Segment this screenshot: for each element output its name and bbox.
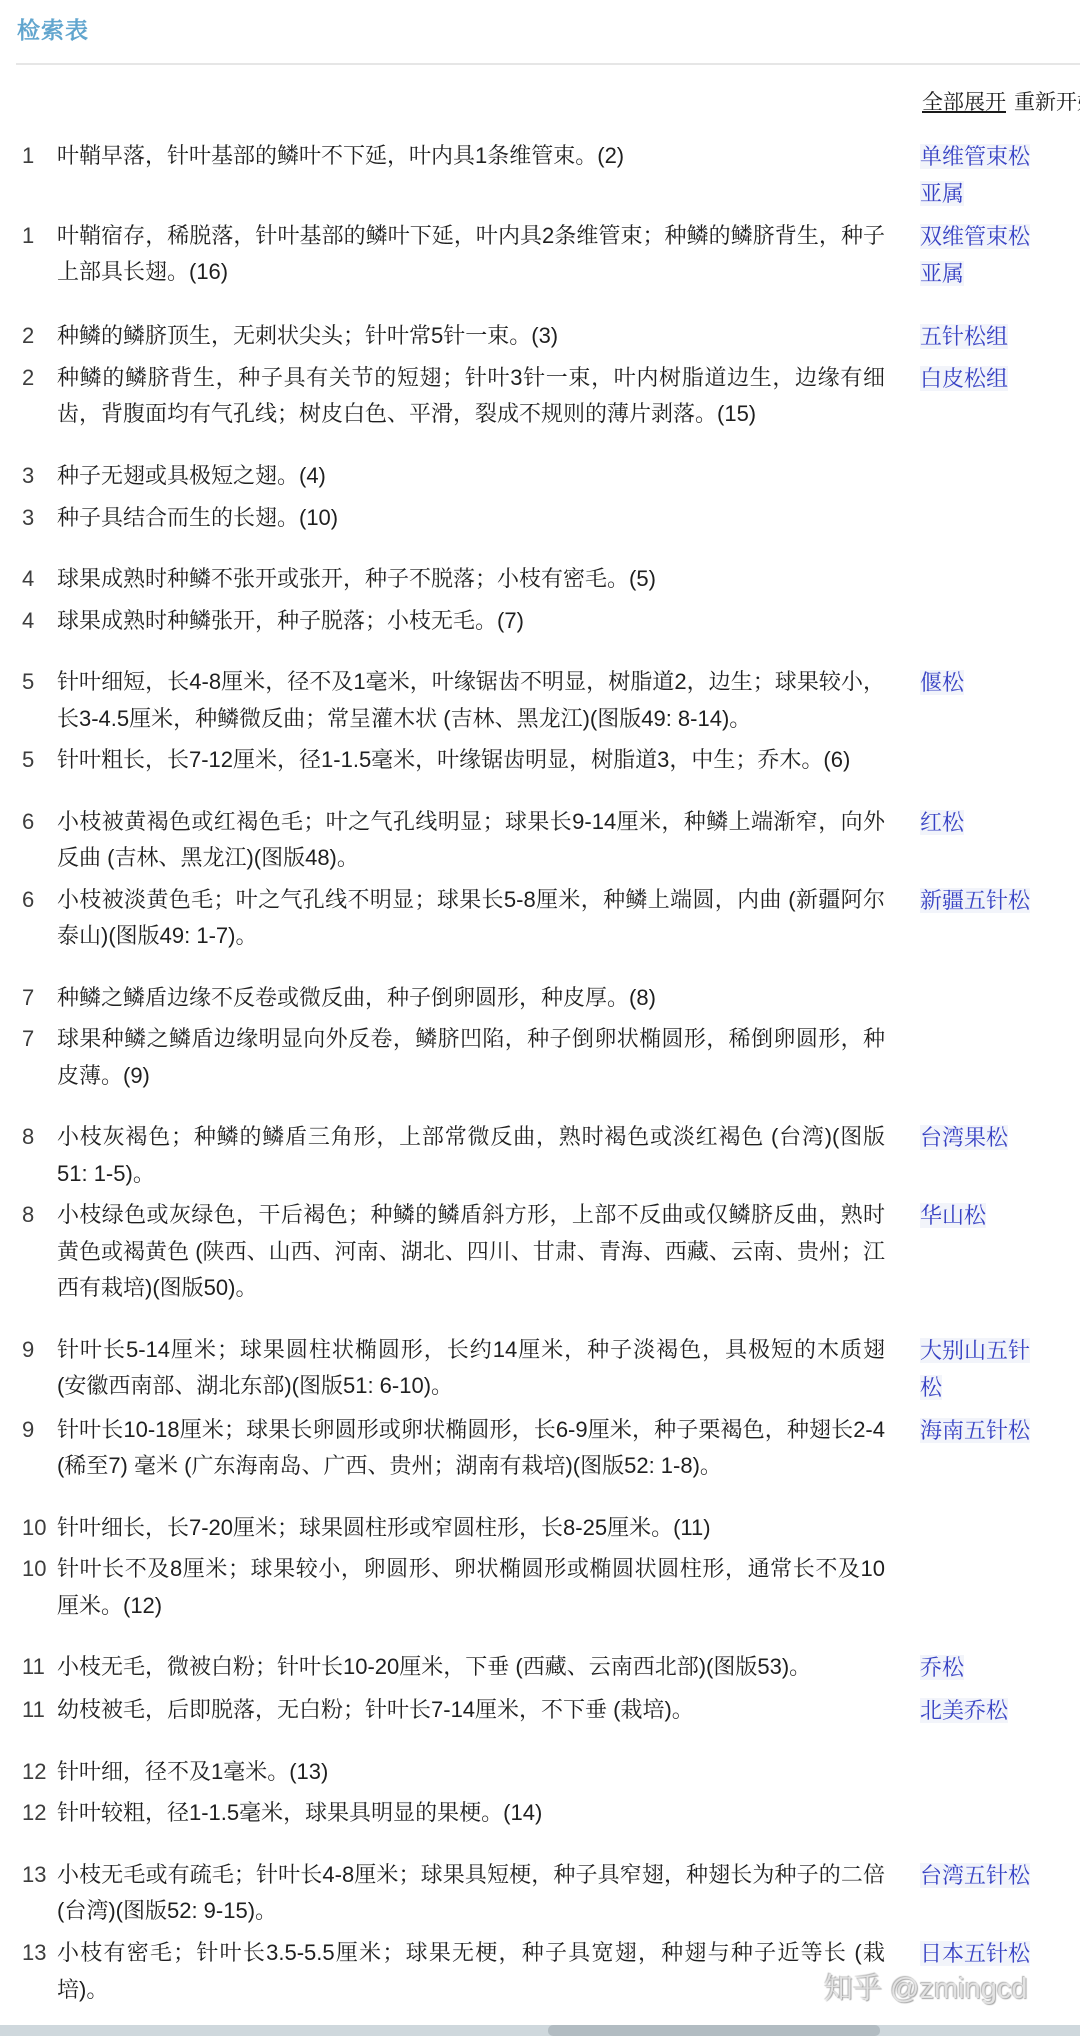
key-row: 10 针叶细长，长7-20厘米；球果圆柱形或窄圆柱形，长8-25厘米。(11) (22, 1510, 1080, 1547)
species-link[interactable]: 华山松 (920, 1203, 986, 1228)
key-row-number: 2 (22, 360, 57, 397)
key-row: 2 种鳞的鳞脐顶生，无刺状尖头；针叶常5针一束。(3) 五针松组 (22, 318, 1080, 355)
key-row: 8 小枝绿色或灰绿色，干后褐色；种鳞的鳞盾斜方形，上部不反曲或仅鳞脐反曲，熟时黄… (22, 1197, 1080, 1307)
key-row-species-cell: 单维管束松亚属 (920, 138, 1044, 213)
key-row-species-cell: 台湾五针松 (920, 1857, 1044, 1894)
horizontal-scrollbar-track[interactable] (0, 2025, 1080, 2036)
key-row-description: 针叶细短，长4-8厘米，径不及1毫米，叶缘锯齿不明显，树脂道2，边生；球果较小，… (57, 664, 885, 737)
key-row-description: 针叶长10-18厘米；球果长卵圆形或卵状椭圆形，长6-9厘米，种子栗褐色，种翅长… (57, 1412, 885, 1485)
species-link[interactable]: 白皮松组 (920, 366, 1008, 391)
key-row-species-cell: 海南五针松 (920, 1412, 1044, 1449)
key-row-species-cell: 白皮松组 (920, 360, 1044, 397)
key-row-number: 1 (22, 218, 57, 255)
horizontal-scrollbar-thumb[interactable] (548, 2025, 880, 2036)
key-row-description: 种鳞的鳞脐顶生，无刺状尖头；针叶常5针一束。(3) (57, 318, 885, 355)
key-tool-page: 检索表 全部展开重新开始 1 叶鞘早落，针叶基部的鳞叶不下延，叶内具1条维管束。… (0, 0, 1080, 2036)
key-row: 11 小枝无毛，微被白粉；针叶长10-20厘米，下垂 (西藏、云南西北部)(图版… (22, 1649, 1080, 1686)
key-row-number: 9 (22, 1412, 57, 1449)
key-row-description: 种鳞之鳞盾边缘不反卷或微反曲，种子倒卵圆形，种皮厚。(8) (57, 980, 885, 1017)
species-link[interactable]: 乔松 (920, 1655, 964, 1680)
key-row-description: 种子具结合而生的长翅。(10) (57, 500, 885, 537)
key-row: 5 针叶细短，长4-8厘米，径不及1毫米，叶缘锯齿不明显，树脂道2，边生；球果较… (22, 664, 1080, 737)
key-table: 1 叶鞘早落，针叶基部的鳞叶不下延，叶内具1条维管束。(2) 单维管束松亚属 1… (22, 138, 1080, 2008)
key-row: 4 球果成熟时种鳞张开，种子脱落；小枝无毛。(7) (22, 603, 1080, 640)
header-divider (16, 63, 1080, 65)
key-row-species-cell: 大别山五针松 (920, 1332, 1044, 1407)
key-row-species-cell: 双维管束松亚属 (920, 218, 1044, 293)
key-row: 6 小枝被淡黄色毛；叶之气孔线不明显；球果长5-8厘米，种鳞上端圆，内曲 (新疆… (22, 882, 1080, 955)
key-row: 3 种子具结合而生的长翅。(10) (22, 500, 1080, 537)
key-row-description: 针叶较粗，径1-1.5毫米，球果具明显的果梗。(14) (57, 1795, 885, 1832)
key-row-number: 12 (22, 1795, 57, 1832)
key-row-description: 小枝无毛，微被白粉；针叶长10-20厘米，下垂 (西藏、云南西北部)(图版53)… (57, 1649, 885, 1686)
key-row-number: 13 (22, 1857, 57, 1894)
key-row-species-cell: 乔松 (920, 1649, 1044, 1686)
restart-link[interactable]: 重新开始 (1014, 91, 1080, 114)
key-row-species-cell: 华山松 (920, 1197, 1044, 1234)
key-row-description: 球果成熟时种鳞张开，种子脱落；小枝无毛。(7) (57, 603, 885, 640)
key-row-number: 4 (22, 603, 57, 640)
key-row-number: 5 (22, 664, 57, 701)
key-row-number: 9 (22, 1332, 57, 1369)
key-row-description: 针叶粗长，长7-12厘米，径1-1.5毫米，叶缘锯齿明显，树脂道3，中生；乔木。… (57, 742, 885, 779)
key-row-number: 4 (22, 561, 57, 598)
key-row: 10 针叶长不及8厘米；球果较小，卵圆形、卵状椭圆形或椭圆状圆柱形，通常长不及1… (22, 1551, 1080, 1624)
key-row-number: 12 (22, 1754, 57, 1791)
key-row: 9 针叶长5-14厘米；球果圆柱状椭圆形，长约14厘米，种子淡褐色，具极短的木质… (22, 1332, 1080, 1407)
key-row: 13 小枝有密毛；针叶长3.5-5.5厘米；球果无梗，种子具宽翅，种翅与种子近等… (22, 1935, 1080, 2008)
species-link[interactable]: 大别山五针松 (920, 1338, 1030, 1400)
key-row-description: 种鳞的鳞脐背生，种子具有关节的短翅；针叶3针一束，叶内树脂道边生，边缘有细齿，背… (57, 360, 885, 433)
key-row-number: 8 (22, 1197, 57, 1234)
key-row: 3 种子无翅或具极短之翅。(4) (22, 458, 1080, 495)
key-row-number: 1 (22, 138, 57, 175)
key-row-description: 叶鞘宿存，稀脱落，针叶基部的鳞叶下延，叶内具2条维管束；种鳞的鳞脐背生，种子上部… (57, 218, 885, 291)
key-row-number: 10 (22, 1510, 57, 1547)
key-row: 1 叶鞘宿存，稀脱落，针叶基部的鳞叶下延，叶内具2条维管束；种鳞的鳞脐背生，种子… (22, 218, 1080, 293)
key-row-number: 7 (22, 1021, 57, 1058)
key-row-number: 11 (22, 1692, 57, 1729)
key-row-description: 针叶长5-14厘米；球果圆柱状椭圆形，长约14厘米，种子淡褐色，具极短的木质翅 … (57, 1332, 885, 1405)
key-row: 12 针叶较粗，径1-1.5毫米，球果具明显的果梗。(14) (22, 1795, 1080, 1832)
key-row-species-cell: 新疆五针松 (920, 882, 1044, 919)
key-row: 1 叶鞘早落，针叶基部的鳞叶不下延，叶内具1条维管束。(2) 单维管束松亚属 (22, 138, 1080, 213)
key-row: 5 针叶粗长，长7-12厘米，径1-1.5毫米，叶缘锯齿明显，树脂道3，中生；乔… (22, 742, 1080, 779)
key-row-description: 小枝被淡黄色毛；叶之气孔线不明显；球果长5-8厘米，种鳞上端圆，内曲 (新疆阿尔… (57, 882, 885, 955)
toolbar: 全部展开重新开始 (922, 86, 1080, 116)
key-row-number: 2 (22, 318, 57, 355)
key-row-number: 3 (22, 500, 57, 537)
species-link[interactable]: 海南五针松 (920, 1418, 1030, 1443)
key-row-description: 针叶细长，长7-20厘米；球果圆柱形或窄圆柱形，长8-25厘米。(11) (57, 1510, 885, 1547)
key-row-number: 13 (22, 1935, 57, 1972)
key-row-number: 8 (22, 1119, 57, 1156)
key-row: 11 幼枝被毛，后即脱落，无白粉；针叶长7-14厘米，不下垂 (栽培)。 北美乔… (22, 1692, 1080, 1729)
key-row-description: 小枝无毛或有疏毛；针叶长4-8厘米；球果具短梗，种子具窄翅，种翅长为种子的二倍 … (57, 1857, 885, 1930)
expand-all-link[interactable]: 全部展开 (922, 91, 1006, 114)
key-row-description: 叶鞘早落，针叶基部的鳞叶不下延，叶内具1条维管束。(2) (57, 138, 885, 175)
key-row-species-cell: 五针松组 (920, 318, 1044, 355)
key-row-number: 7 (22, 980, 57, 1017)
key-row-number: 10 (22, 1551, 57, 1588)
key-row: 2 种鳞的鳞脐背生，种子具有关节的短翅；针叶3针一束，叶内树脂道边生，边缘有细齿… (22, 360, 1080, 433)
key-row-number: 6 (22, 882, 57, 919)
key-row-number: 6 (22, 804, 57, 841)
key-row-description: 球果成熟时种鳞不张开或张开，种子不脱落；小枝有密毛。(5) (57, 561, 885, 598)
species-link[interactable]: 新疆五针松 (920, 888, 1030, 913)
key-row-number: 11 (22, 1649, 57, 1686)
key-row-description: 球果种鳞之鳞盾边缘明显向外反卷，鳞脐凹陷，种子倒卵状椭圆形，稀倒卵圆形，种皮薄。… (57, 1021, 885, 1094)
key-row-number: 3 (22, 458, 57, 495)
species-link[interactable]: 红松 (920, 810, 964, 835)
species-link[interactable]: 日本五针松 (920, 1941, 1030, 1966)
key-row: 7 球果种鳞之鳞盾边缘明显向外反卷，鳞脐凹陷，种子倒卵状椭圆形，稀倒卵圆形，种皮… (22, 1021, 1080, 1094)
key-row-description: 针叶长不及8厘米；球果较小，卵圆形、卵状椭圆形或椭圆状圆柱形，通常长不及10厘米… (57, 1551, 885, 1624)
key-row-description: 小枝被黄褐色或红褐色毛；叶之气孔线明显；球果长9-14厘米，种鳞上端渐窄，向外反… (57, 804, 885, 877)
key-row: 8 小枝灰褐色；种鳞的鳞盾三角形，上部常微反曲，熟时褐色或淡红褐色 (台湾)(图… (22, 1119, 1080, 1192)
species-link[interactable]: 单维管束松亚属 (920, 144, 1030, 206)
species-link[interactable]: 五针松组 (920, 324, 1008, 349)
species-link[interactable]: 台湾五针松 (920, 1863, 1030, 1888)
key-row-description: 针叶细，径不及1毫米。(13) (57, 1754, 885, 1791)
species-link[interactable]: 北美乔松 (920, 1698, 1008, 1723)
key-row-description: 幼枝被毛，后即脱落，无白粉；针叶长7-14厘米，不下垂 (栽培)。 (57, 1692, 885, 1729)
key-row: 7 种鳞之鳞盾边缘不反卷或微反曲，种子倒卵圆形，种皮厚。(8) (22, 980, 1080, 1017)
key-row-description: 小枝绿色或灰绿色，干后褐色；种鳞的鳞盾斜方形，上部不反曲或仅鳞脐反曲，熟时黄色或… (57, 1197, 885, 1307)
key-row-species-cell: 日本五针松 (920, 1935, 1044, 1972)
key-row-species-cell: 红松 (920, 804, 1044, 841)
key-row: 13 小枝无毛或有疏毛；针叶长4-8厘米；球果具短梗，种子具窄翅，种翅长为种子的… (22, 1857, 1080, 1930)
species-link[interactable]: 台湾果松 (920, 1125, 1008, 1150)
key-row-description: 小枝灰褐色；种鳞的鳞盾三角形，上部常微反曲，熟时褐色或淡红褐色 (台湾)(图版5… (57, 1119, 885, 1192)
key-row-description: 种子无翅或具极短之翅。(4) (57, 458, 885, 495)
page-title: 检索表 (17, 12, 89, 45)
key-row: 12 针叶细，径不及1毫米。(13) (22, 1754, 1080, 1791)
key-row-number: 5 (22, 742, 57, 779)
key-row-species-cell: 北美乔松 (920, 1692, 1044, 1729)
key-row: 9 针叶长10-18厘米；球果长卵圆形或卵状椭圆形，长6-9厘米，种子栗褐色，种… (22, 1412, 1080, 1485)
key-row: 6 小枝被黄褐色或红褐色毛；叶之气孔线明显；球果长9-14厘米，种鳞上端渐窄，向… (22, 804, 1080, 877)
key-row-species-cell: 台湾果松 (920, 1119, 1044, 1156)
key-row-species-cell: 偃松 (920, 664, 1044, 701)
species-link[interactable]: 双维管束松亚属 (920, 224, 1030, 286)
key-row-description: 小枝有密毛；针叶长3.5-5.5厘米；球果无梗，种子具宽翅，种翅与种子近等长 (… (57, 1935, 885, 2008)
key-row: 4 球果成熟时种鳞不张开或张开，种子不脱落；小枝有密毛。(5) (22, 561, 1080, 598)
species-link[interactable]: 偃松 (920, 670, 964, 695)
